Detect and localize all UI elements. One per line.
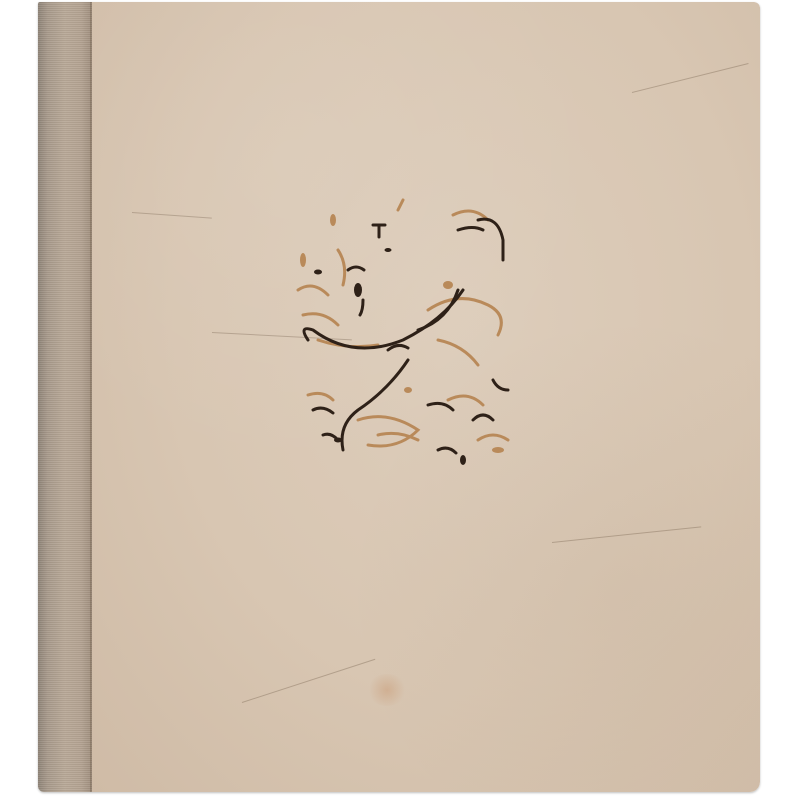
cover-crease bbox=[632, 63, 749, 93]
cover-crease bbox=[552, 526, 701, 543]
book bbox=[38, 2, 760, 792]
cover-crease bbox=[242, 659, 375, 703]
decorative-vignette bbox=[278, 190, 528, 480]
cover-stain bbox=[367, 674, 407, 706]
cover-crease bbox=[132, 212, 212, 219]
book-spine bbox=[38, 2, 92, 792]
